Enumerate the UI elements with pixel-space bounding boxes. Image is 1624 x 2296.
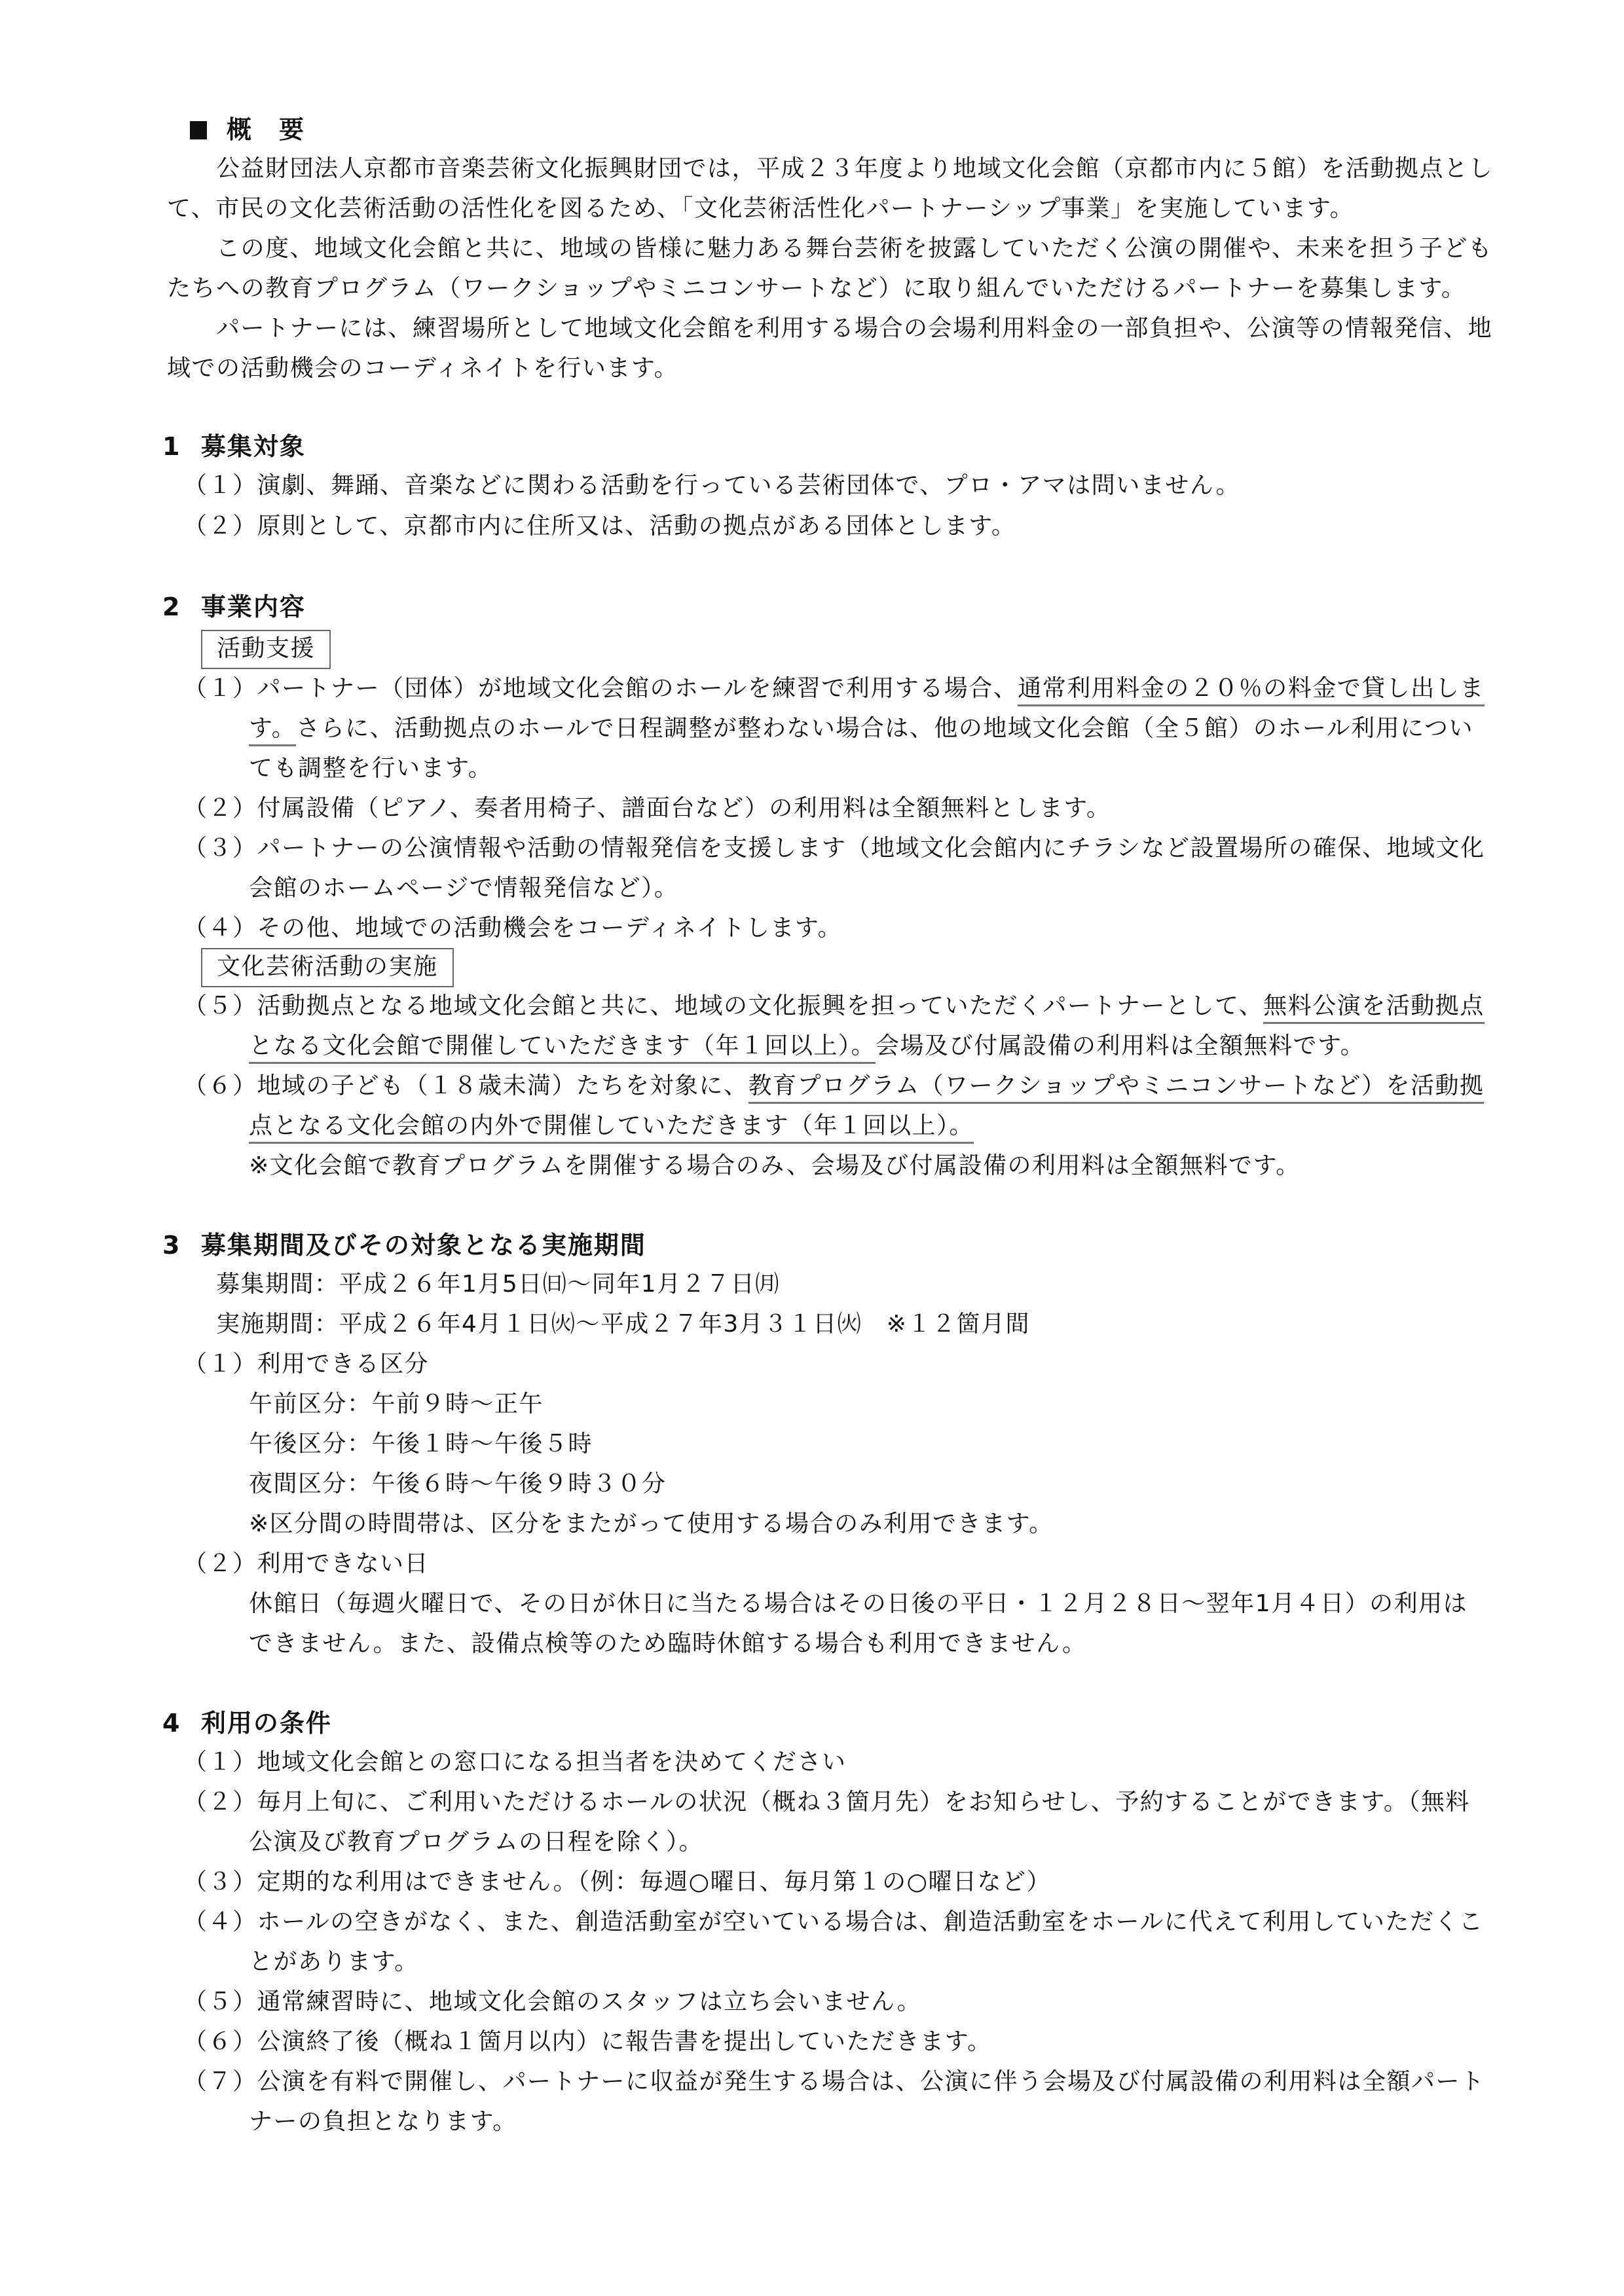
condition-line: （６）公演終了後（概ね１箇月以内）に報告書を提出していただきます。 bbox=[183, 2028, 992, 2056]
available-slots-heading: （１）利用できる区分 bbox=[183, 1350, 429, 1379]
section-2-item-1-line-2: す。さらに、活動拠点のホールで日程調整が整わない場合は、他の地域文化会館（全５館… bbox=[249, 714, 1473, 743]
section-2-item-3-line-2: 会館のホームページで情報発信など）。 bbox=[249, 874, 678, 903]
condition-line: とがあります。 bbox=[249, 1948, 419, 1977]
underlined-text: 通常利用料金の２０％の料金で貸し出しま bbox=[1018, 675, 1485, 706]
slots-note: ※区分間の時間帯は、区分をまたがって使用する場合のみ利用できます。 bbox=[249, 1510, 1054, 1539]
section-2-item-3-line-1: （３）パートナーの公演情報や活動の情報発信を支援します（地域文化会館内にチラシな… bbox=[183, 834, 1485, 863]
section-2-item-4: （４）その他、地域での活動機会をコーディネイトします。 bbox=[183, 914, 842, 943]
condition-line: （７）公演を有料で開催し、パートナーに収益が発生する場合は、公演に伴う会場及び付… bbox=[183, 2068, 1485, 2096]
section-2-item-2: （２）付属設備（ピアノ、奏者用椅子、譜面台など）の利用料は全額無料とします。 bbox=[183, 794, 1111, 823]
condition-line: （４）ホールの空きがなく、また、創造活動室が空いている場合は、創造活動室をホール… bbox=[183, 1908, 1483, 1937]
underlined-text: 教育プログラム（ワークショップやミニコンサートなど）を活動拠 bbox=[748, 1072, 1485, 1104]
category-box-cultural-activity: 文化芸術活動の実施 bbox=[201, 948, 454, 987]
section-title: 事業内容 bbox=[201, 592, 306, 621]
section-3-heading: 3 募集期間及びその対象となる実施期間 bbox=[162, 1231, 646, 1260]
section-title: 利用の条件 bbox=[201, 1709, 332, 1738]
recruitment-period: 募集期間：平成２６年1月5日㈰～同年1月２７日㈪ bbox=[216, 1270, 780, 1299]
item-text: さらに、活動拠点のホールで日程調整が整わない場合は、他の地域文化会館（全５館）の… bbox=[296, 715, 1473, 742]
slot-morning: 午前区分：午前９時～正午 bbox=[249, 1390, 544, 1419]
unavailable-days-line-2: できません。また、設備点検等のため臨時休館する場合も利用できません。 bbox=[249, 1630, 1086, 1658]
condition-line: （１）地域文化会館との窓口になる担当者を決めてください bbox=[183, 1748, 847, 1777]
slot-evening: 夜間区分：午後６時～午後９時３０分 bbox=[249, 1470, 667, 1499]
overview-heading: 概 要 bbox=[190, 115, 305, 144]
section-1-heading: 1 募集対象 bbox=[162, 432, 306, 461]
overview-paragraph-3-line-1: パートナーには、練習場所として地域文化会館を利用する場合の会場利用料金の一部負担… bbox=[216, 314, 1492, 343]
item-text: 活動拠点となる地域文化会館と共に、地域の文化振興を担っていただくパートナーとして… bbox=[257, 993, 1264, 1019]
section-2-item-5-line-2: となる文化会館で開催していただきます（年１回以上）。会場及び付属設備の利用料は全… bbox=[249, 1032, 1365, 1061]
document-page: 概 要 公益財団法人京都市音楽芸術文化振興財団では，平成２３年度より地域文化会館… bbox=[0, 0, 1624, 2296]
overview-paragraph-1-line-2: て、市民の文化芸術活動の活性化を図るため、「文化芸術活性化パートナーシップ事業」… bbox=[167, 194, 1354, 223]
unavailable-days-line-1: 休館日（毎週火曜日で、その日が休日に当たる場合はその日後の平日・１２月２８日～翌… bbox=[249, 1590, 1467, 1618]
section-number: 3 bbox=[162, 1231, 181, 1260]
overview-paragraph-3-line-2: 域での活動機会のコーディネイトを行います。 bbox=[167, 354, 678, 383]
implementation-period: 実施期間：平成２６年4月１日㈫～平成２７年3月３１日㈫ ※１２箇月間 bbox=[216, 1310, 1030, 1339]
section-2-heading: 2 事業内容 bbox=[162, 592, 306, 621]
section-1-item-2: （２）原則として、京都市内に住所又は、活動の拠点がある団体とします。 bbox=[183, 512, 1016, 541]
condition-line: （３）定期的な利用はできません。（例：毎週○曜日、毎月第１の○曜日など） bbox=[183, 1868, 1051, 1897]
overview-heading-text: 概 要 bbox=[227, 115, 305, 144]
underlined-text: 無料公演を活動拠点 bbox=[1263, 993, 1485, 1024]
condition-line: （５）通常練習時に、地域文化会館のスタッフは立ち会いません。 bbox=[183, 1988, 921, 2016]
underlined-text: す。 bbox=[249, 715, 296, 746]
section-1-item-1: （１）演劇、舞踊、音楽などに関わる活動を行っている芸術団体で、プロ・アマは問いま… bbox=[183, 471, 1240, 500]
section-title: 募集対象 bbox=[201, 432, 306, 461]
section-2-item-6-line-2: 点となる文化会館の内外で開催していただきます（年１回以上）。 bbox=[249, 1112, 974, 1140]
item-prefix: （１） bbox=[183, 675, 257, 702]
square-bullet-icon bbox=[190, 121, 207, 139]
item-prefix: （６） bbox=[183, 1072, 257, 1099]
section-2-item-5-line-1: （５）活動拠点となる地域文化会館と共に、地域の文化振興を担っていただくパートナー… bbox=[183, 992, 1485, 1021]
underlined-text: 点となる文化会館の内外で開催していただきます（年１回以上）。 bbox=[249, 1112, 974, 1144]
item-text: 地域の子ども（１８歳未満）たちを対象に、 bbox=[257, 1072, 748, 1099]
section-2-item-1-line-1: （１）パートナー（団体）が地域文化会館のホールを練習で利用する場合、通常利用料金… bbox=[183, 674, 1485, 703]
slot-afternoon: 午後区分：午後１時～午後５時 bbox=[249, 1430, 593, 1459]
overview-paragraph-1-line-1: 公益財団法人京都市音楽芸術文化振興財団では，平成２３年度より地域文化会館（京都市… bbox=[216, 155, 1493, 183]
section-number: 1 bbox=[162, 432, 181, 461]
overview-paragraph-2-line-2: たちへの教育プログラム（ワークショップやミニコンサートなど）に取り組んでいただけ… bbox=[167, 274, 1466, 303]
overview-paragraph-2-line-1: この度、地域文化会館と共に、地域の皆様に魅力ある舞台芸術を披露していただく公演の… bbox=[216, 234, 1492, 263]
section-4-heading: 4 利用の条件 bbox=[162, 1709, 332, 1738]
category-box-activity-support: 活動支援 bbox=[201, 630, 331, 669]
section-2-item-6-note: ※文化会館で教育プログラムを開催する場合のみ、会場及び付属設備の利用料は全額無料… bbox=[249, 1152, 1301, 1180]
condition-line: 公演及び教育プログラムの日程を除く）。 bbox=[249, 1828, 703, 1857]
section-number: 4 bbox=[162, 1709, 181, 1738]
condition-line: （２）毎月上旬に、ご利用いただけるホールの状況（概ね３箇月先）をお知らせし、予約… bbox=[183, 1788, 1470, 1817]
condition-line: ナーの負担となります。 bbox=[249, 2107, 517, 2136]
item-text: 会場及び付属設備の利用料は全額無料です。 bbox=[876, 1032, 1365, 1059]
section-2-item-1-line-3: ても調整を行います。 bbox=[249, 754, 492, 783]
section-2-item-6-line-1: （６）地域の子ども（１８歳未満）たちを対象に、教育プログラム（ワークショップやミ… bbox=[183, 1072, 1484, 1101]
section-title: 募集期間及びその対象となる実施期間 bbox=[201, 1231, 646, 1260]
item-prefix: （５） bbox=[183, 993, 257, 1019]
item-text: パートナー（団体）が地域文化会館のホールを練習で利用する場合、 bbox=[257, 675, 1018, 702]
unavailable-days-heading: （２）利用できない日 bbox=[183, 1550, 429, 1578]
section-number: 2 bbox=[162, 592, 181, 621]
underlined-text: となる文化会館で開催していただきます（年１回以上）。 bbox=[249, 1032, 876, 1064]
